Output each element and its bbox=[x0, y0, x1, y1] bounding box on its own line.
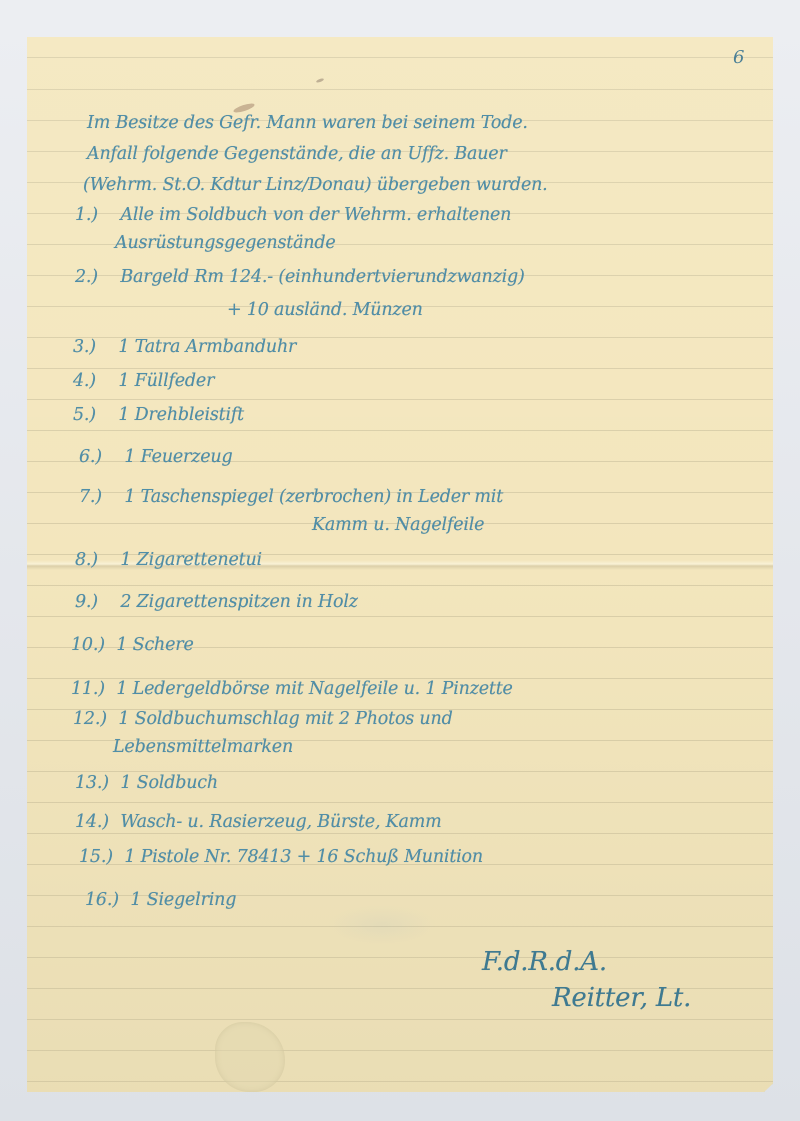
intro-line: Anfall folgende Gegenstände, die an Uffz… bbox=[87, 144, 507, 164]
list-item: 13.) 1 Soldbuch bbox=[75, 773, 218, 793]
item-number: 14.) bbox=[75, 812, 115, 832]
intro-line: Im Besitze des Gefr. Mann waren bei sein… bbox=[87, 113, 528, 133]
faded-stamp bbox=[327, 905, 437, 945]
item-text: Bargeld Rm 124.- (einhundertvierundzwanz… bbox=[120, 267, 524, 287]
item-text: Wasch- u. Rasierzeug, Bürste, Kamm bbox=[120, 812, 441, 832]
item-number: 15.) bbox=[79, 847, 119, 867]
item-text: 1 Siegelring bbox=[130, 890, 236, 910]
item-number: 2.) bbox=[75, 267, 115, 287]
item-number: 6.) bbox=[79, 447, 119, 467]
list-item: 5.) 1 Drehbleistift bbox=[73, 405, 244, 425]
item-number: 3.) bbox=[73, 337, 113, 357]
item-text: 1 Füllfeder bbox=[118, 371, 214, 391]
item-text: 1 Taschenspiegel (zerbrochen) in Leder m… bbox=[124, 487, 503, 507]
page-number: 6 bbox=[733, 47, 744, 68]
list-item: 2.) Bargeld Rm 124.- (einhundertvierundz… bbox=[75, 267, 525, 287]
tape-residue bbox=[215, 1022, 285, 1092]
item-text: 1 Ledergeldbörse mit Nagelfeile u. 1 Pin… bbox=[116, 679, 512, 699]
signature-line-1: F.d.R.d.A. bbox=[482, 947, 607, 977]
item-continuation: Lebensmittelmarken bbox=[113, 737, 293, 757]
item-number: 1.) bbox=[75, 205, 115, 225]
item-text: 1 Schere bbox=[116, 635, 193, 655]
list-item: 6.) 1 Feuerzeug bbox=[79, 447, 232, 467]
item-number: 7.) bbox=[79, 487, 119, 507]
list-item: 4.) 1 Füllfeder bbox=[73, 371, 214, 391]
list-item: 15.) 1 Pistole Nr. 78413 + 16 Schuß Muni… bbox=[79, 847, 483, 867]
item-number: 11.) bbox=[71, 679, 111, 699]
signature-line-2: Reitter, Lt. bbox=[552, 983, 691, 1013]
list-item: 9.) 2 Zigarettenspitzen in Holz bbox=[75, 592, 358, 612]
list-item: 14.) Wasch- u. Rasierzeug, Bürste, Kamm bbox=[75, 812, 442, 832]
item-number: 10.) bbox=[71, 635, 111, 655]
item-text: 1 Tatra Armbanduhr bbox=[118, 337, 296, 357]
list-item: 3.) 1 Tatra Armbanduhr bbox=[73, 337, 296, 357]
item-number: 8.) bbox=[75, 550, 115, 570]
item-continuation: + 10 ausländ. Münzen bbox=[227, 300, 423, 320]
list-item: 8.) 1 Zigarettenetui bbox=[75, 550, 262, 570]
list-item: 12.) 1 Soldbuchumschlag mit 2 Photos und bbox=[73, 709, 453, 729]
item-text: 1 Soldbuch bbox=[120, 773, 218, 793]
item-number: 12.) bbox=[73, 709, 113, 729]
list-item: 10.) 1 Schere bbox=[71, 635, 194, 655]
list-item: 16.) 1 Siegelring bbox=[85, 890, 236, 910]
item-number: 4.) bbox=[73, 371, 113, 391]
item-text: Alle im Soldbuch von der Wehrm. erhalten… bbox=[120, 205, 511, 225]
item-text: 1 Drehbleistift bbox=[118, 405, 244, 425]
document-page: 6 Im Besitze des Gefr. Mann waren bei se… bbox=[27, 37, 773, 1092]
signature-block: F.d.R.d.A. Reitter, Lt. bbox=[482, 947, 691, 1013]
item-number: 9.) bbox=[75, 592, 115, 612]
item-continuation: Kamm u. Nagelfeile bbox=[312, 515, 484, 535]
intro-line: (Wehrm. St.O. Kdtur Linz/Donau) übergebe… bbox=[83, 175, 548, 195]
item-text: 1 Pistole Nr. 78413 + 16 Schuß Munition bbox=[124, 847, 483, 867]
list-item: 11.) 1 Ledergeldbörse mit Nagelfeile u. … bbox=[71, 679, 513, 699]
item-number: 16.) bbox=[85, 890, 125, 910]
list-item: 1.) Alle im Soldbuch von der Wehrm. erha… bbox=[75, 205, 511, 225]
item-text: 2 Zigarettenspitzen in Holz bbox=[120, 592, 357, 612]
item-text: 1 Zigarettenetui bbox=[120, 550, 262, 570]
list-item: 7.) 1 Taschenspiegel (zerbrochen) in Led… bbox=[79, 487, 503, 507]
item-text: 1 Soldbuchumschlag mit 2 Photos und bbox=[118, 709, 452, 729]
item-number: 5.) bbox=[73, 405, 113, 425]
item-text: 1 Feuerzeug bbox=[124, 447, 232, 467]
item-number: 13.) bbox=[75, 773, 115, 793]
ink-smudge bbox=[316, 78, 325, 84]
item-continuation: Ausrüstungsgegenstände bbox=[115, 233, 336, 253]
